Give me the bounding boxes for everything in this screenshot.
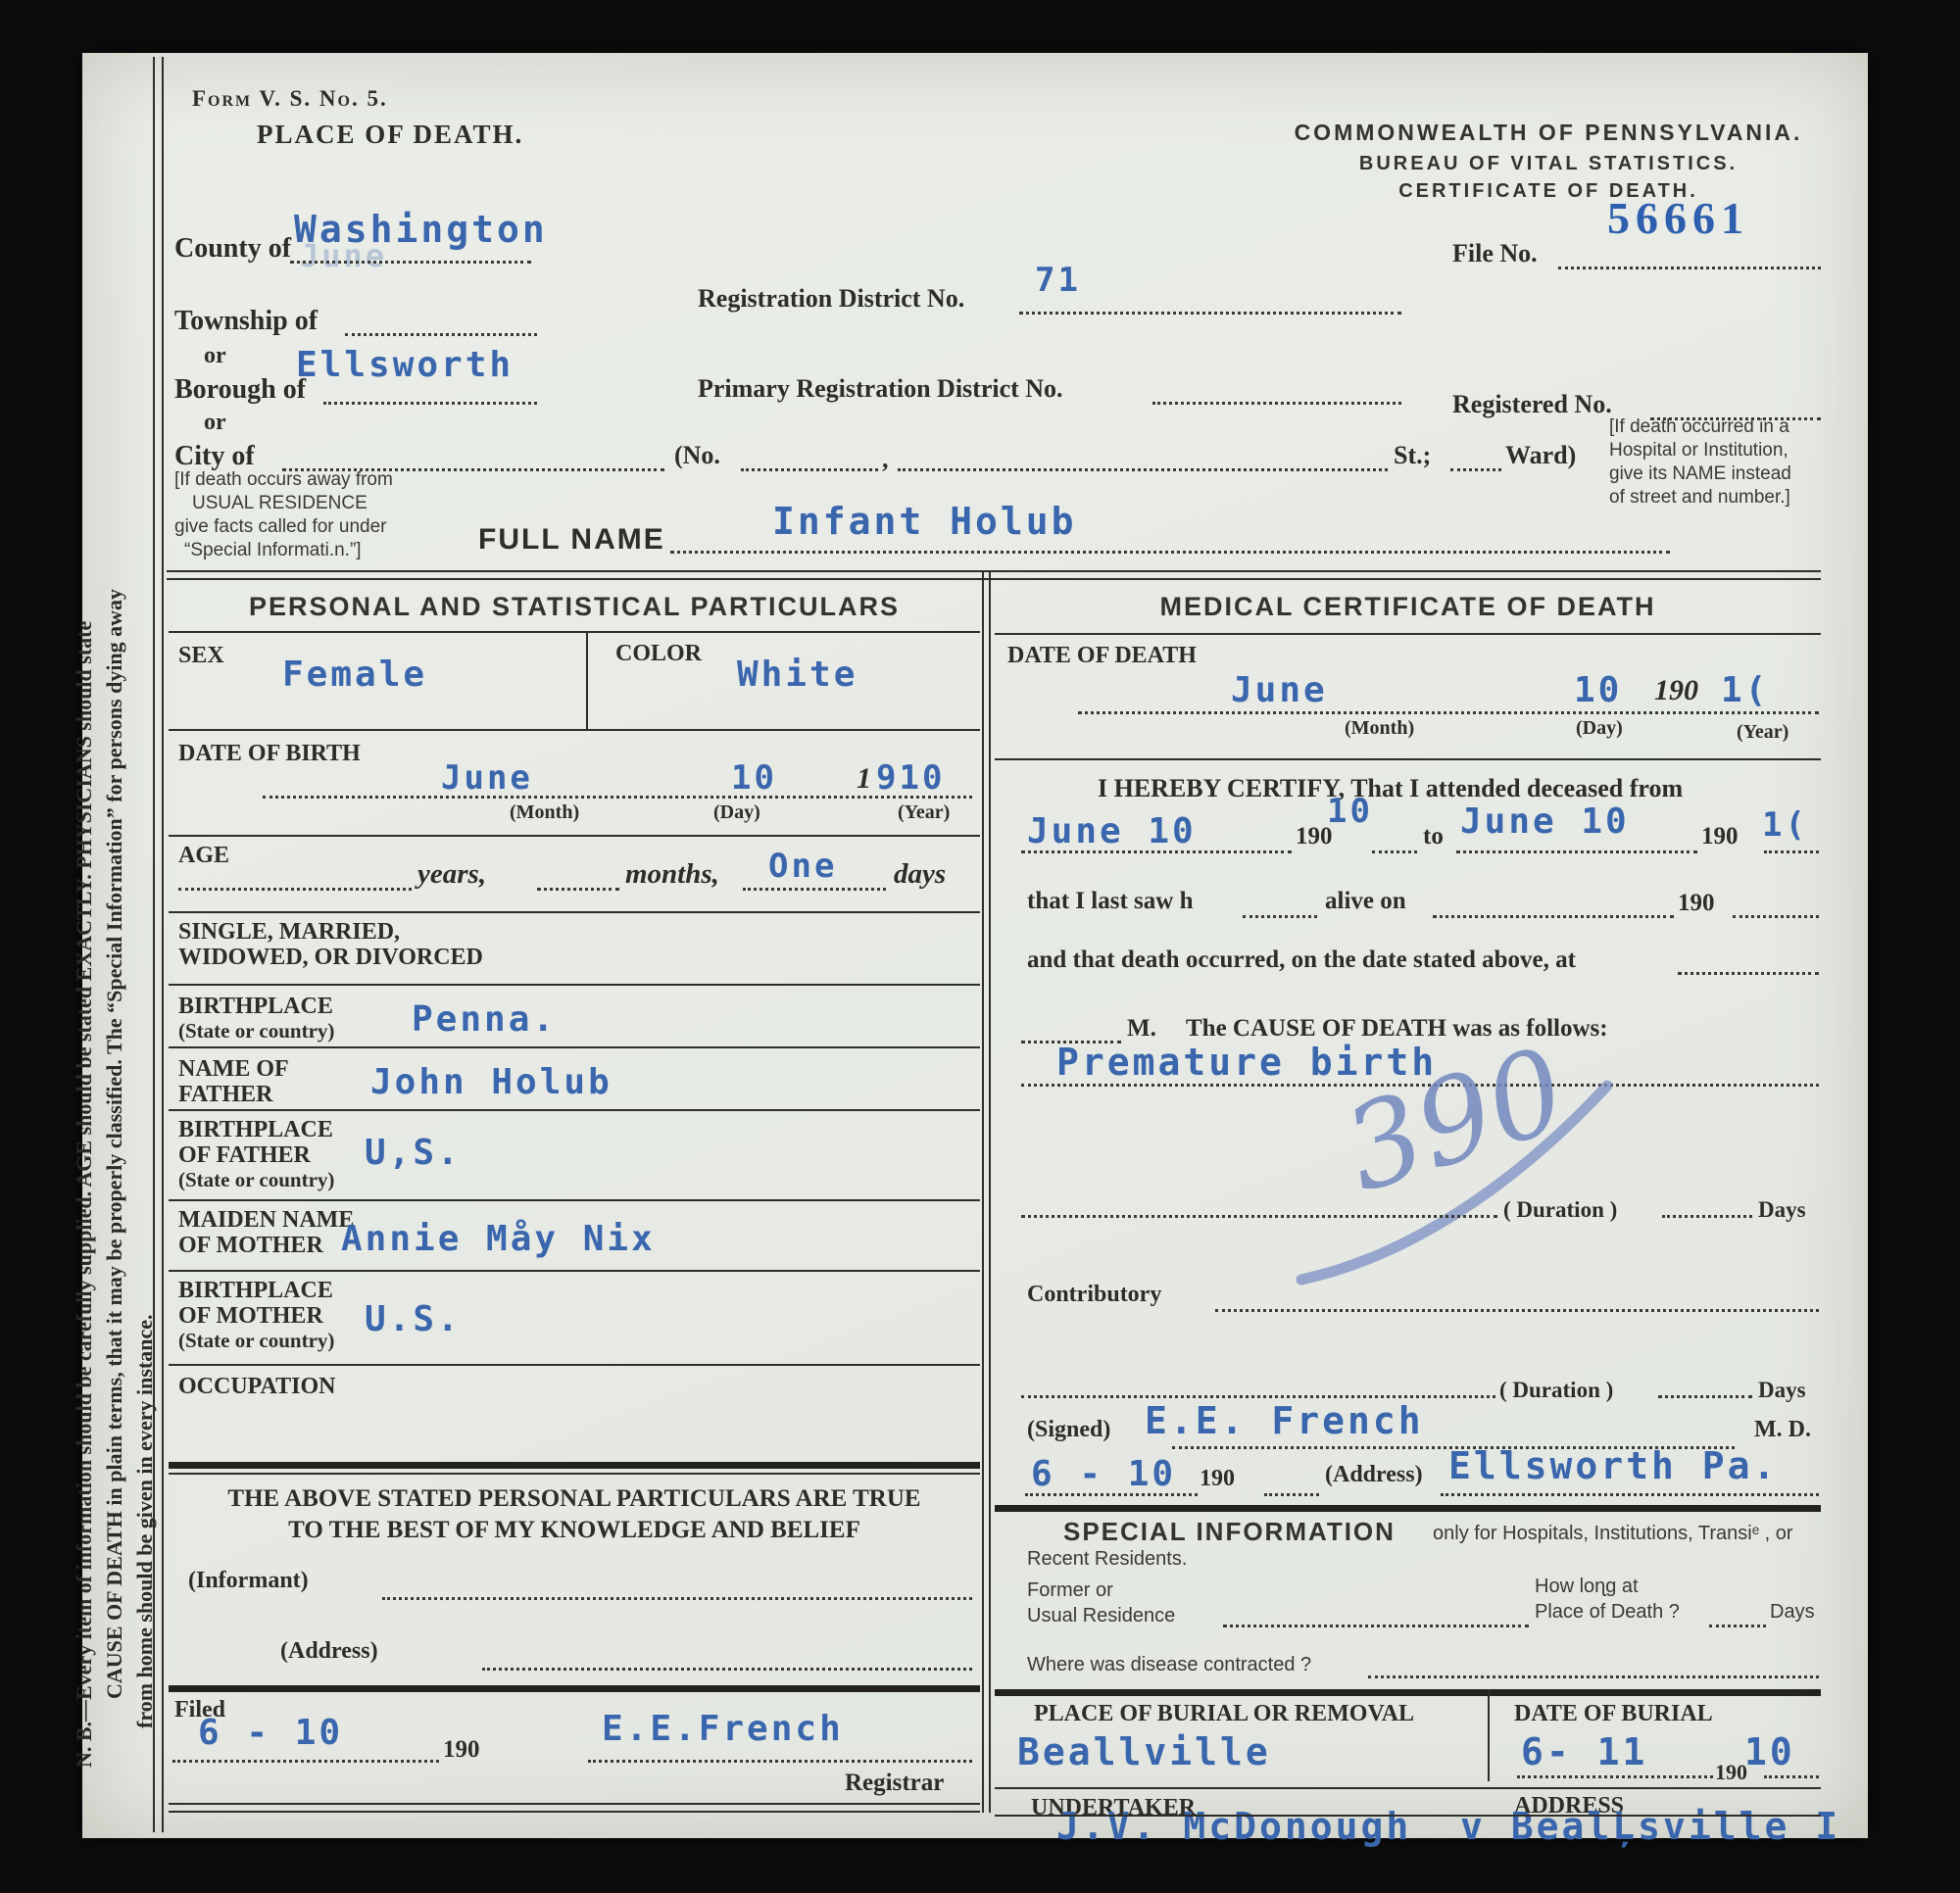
duration1-dotted-1 <box>1021 1215 1497 1218</box>
file-number-label: File No. <box>1452 239 1538 268</box>
alive-on-label: alive on <box>1325 888 1406 915</box>
registrar-label: Registrar <box>845 1770 944 1797</box>
primary-registration-dotted <box>1152 402 1401 405</box>
section-divider-bottom <box>167 578 1821 580</box>
marital-label-line1: SINGLE, MARRIED, <box>178 919 400 946</box>
medical-title-rule <box>995 633 1821 635</box>
city-dotted-3 <box>898 468 1388 471</box>
column-divider-inner <box>989 570 991 1813</box>
county-dotted-line <box>290 261 531 264</box>
city-no-label: (No. <box>674 441 720 470</box>
mother-name-value: Annie Måy Nix <box>341 1219 656 1259</box>
how-long-days-label: Days <box>1770 1601 1815 1624</box>
mother-birthplace-label2: OF MOTHER <box>178 1303 323 1330</box>
registrar-dotted <box>588 1760 972 1763</box>
last-saw-dotted-1 <box>1243 915 1317 918</box>
death-occurred-line: and that death occurred, on the date sta… <box>1027 946 1576 974</box>
undertaker-value: J.V. McDonough <box>1056 1805 1411 1848</box>
from-year-value: 10 <box>1327 792 1373 831</box>
registration-district-dotted <box>1019 312 1401 315</box>
birthplace-row-rule <box>169 1046 980 1048</box>
usual-residence-dotted <box>1223 1625 1529 1627</box>
county-value: Washington <box>294 208 548 251</box>
attended-to-dotted <box>1456 850 1697 853</box>
or-word-2: or <box>204 410 226 436</box>
right-bottom-rule <box>995 1815 1821 1817</box>
signed-year-dotted <box>1264 1493 1319 1496</box>
full-name-dotted <box>670 551 1670 554</box>
or-word-1: or <box>204 343 226 369</box>
father-row-rule <box>169 1109 980 1111</box>
filed-year-preprint: 190 <box>443 1736 480 1764</box>
burial-row-rule <box>995 1787 1821 1789</box>
filed-date-value: 6 - 10 <box>198 1713 343 1753</box>
age-years-label: years, <box>417 858 486 891</box>
burial-divider <box>1488 1689 1490 1781</box>
signed-label: (Signed) <box>1027 1417 1110 1443</box>
date-of-death-label: DATE OF DEATH <box>1007 643 1197 669</box>
color-value: White <box>737 655 857 695</box>
column-divider-outer <box>982 570 984 1813</box>
residence-note-line1: [If death occurs away from <box>174 468 393 492</box>
mother-row-rule <box>169 1270 980 1272</box>
death-month-sublabel: (Month) <box>1345 717 1414 740</box>
disease-contracted-dotted <box>1368 1675 1819 1678</box>
attestation-line1: THE ABOVE STATED PERSONAL PARTICULARS AR… <box>169 1485 980 1513</box>
death-day-value: 10 <box>1574 670 1622 710</box>
father-birthplace-label2: OF FATHER <box>178 1142 311 1169</box>
age-label: AGE <box>178 843 229 869</box>
duration1-days-label: Days <box>1758 1197 1806 1223</box>
sex-color-divider <box>586 631 588 729</box>
age-days-value: One <box>768 847 837 886</box>
certify-line: I HEREBY CERTIFY, That I attended deceas… <box>1098 774 1683 803</box>
registered-no-label: Registered No. <box>1452 390 1612 419</box>
residence-note-line3: give facts called for under <box>174 515 393 539</box>
birthplace-value: Penna. <box>412 999 557 1040</box>
birthplace-sublabel: (State or country) <box>178 1019 334 1044</box>
margin-note-line3: from home should be given in every insta… <box>129 121 160 1728</box>
township-dotted <box>345 333 537 336</box>
signed-value: E.E. French <box>1145 1399 1424 1442</box>
father-birthplace-sublabel: (State or country) <box>178 1168 334 1192</box>
city-dotted-2 <box>741 468 878 471</box>
registrar-signature-value: E.E.French <box>602 1709 844 1749</box>
last-saw-dotted-3 <box>1733 915 1819 918</box>
burial-year-preprint: 190 <box>1715 1760 1747 1785</box>
city-st-label: St.; <box>1394 441 1431 470</box>
age-dotted-3 <box>743 888 886 891</box>
father-birthplace-label1: BIRTHPLACE <box>178 1117 333 1143</box>
signed-address-value: Ellsworth Pa. <box>1448 1444 1778 1487</box>
dob-year-preprint: 1 <box>857 762 871 796</box>
signed-date-value: 6 - 10 <box>1031 1454 1176 1494</box>
age-dotted-1 <box>178 888 412 891</box>
bureau-heading: BUREAU OF VITAL STATISTICS. <box>1294 153 1803 175</box>
duration2-days-label: Days <box>1758 1378 1806 1403</box>
age-months-label: months, <box>625 858 719 891</box>
how-long-label-1: How loɳg at <box>1535 1576 1639 1598</box>
filed-dotted <box>172 1760 439 1763</box>
birthplace-label: BIRTHPLACE <box>178 994 333 1020</box>
father-birthplace-value: U,S. <box>365 1133 462 1173</box>
how-long-dotted <box>1709 1625 1766 1627</box>
duration2-dotted-2 <box>1658 1395 1752 1398</box>
marital-row-rule <box>169 984 980 986</box>
section-divider-top <box>167 570 1821 572</box>
sex-row-rule <box>169 729 980 731</box>
burial-place-label: PLACE OF BURIAL OR REMOVAL <box>1034 1701 1414 1727</box>
attended-from-dotted <box>1021 850 1292 853</box>
signed-date-dotted <box>1025 1493 1198 1496</box>
contributory-label: Contributory <box>1027 1282 1161 1308</box>
attended-to-value: June 10 <box>1460 801 1630 842</box>
dob-month-sublabel: (Month) <box>510 801 579 824</box>
occupation-thick-rule <box>169 1462 980 1469</box>
hospital-note-line4: of street and number.] <box>1609 486 1791 510</box>
duration2-dotted-1 <box>1021 1395 1495 1398</box>
to-word: to <box>1423 823 1444 850</box>
mother-label-line2: OF MOTHER <box>178 1233 323 1259</box>
dob-row-rule <box>169 835 980 837</box>
informant-label: (Informant) <box>188 1568 309 1594</box>
marital-label-line2: WIDOWED, OR DIVORCED <box>178 945 483 971</box>
burial-date-value: 6- 11 <box>1521 1730 1647 1773</box>
file-number-value: 56661 <box>1607 192 1749 244</box>
former-label: Former or <box>1027 1579 1113 1602</box>
occupation-thin-rule <box>169 1473 980 1475</box>
registration-district-value: 71 <box>1035 261 1081 300</box>
city-ward-label: Ward) <box>1505 441 1576 470</box>
to-year-value: 1( <box>1762 805 1808 845</box>
signed-address-dotted <box>1441 1493 1819 1496</box>
special-info-title: SPECIAL INFORMATION <box>1063 1517 1396 1547</box>
hospital-note-line2: Hospital or Institution, <box>1609 439 1791 462</box>
how-long-label-2: Place of Death ? <box>1535 1601 1680 1624</box>
color-label: COLOR <box>615 641 702 667</box>
registration-district-label: Registration District No. <box>698 284 964 314</box>
informant-thick-rule <box>169 1685 980 1692</box>
personal-section-title: PERSONAL AND STATISTICAL PARTICULARS <box>169 592 980 622</box>
county-label: County of <box>174 233 291 265</box>
age-row-rule <box>169 911 980 913</box>
margin-note-line1: N. B.—Every item of information should b… <box>69 121 99 1768</box>
death-year-sublabel: (Year) <box>1737 721 1788 744</box>
city-dotted-4 <box>1450 468 1501 471</box>
undertaker-address-value: v BealĻsville I <box>1460 1805 1840 1848</box>
to-year-dotted <box>1764 850 1819 853</box>
duration2-label: ( Duration ) <box>1499 1378 1613 1403</box>
mother-birthplace-row-rule <box>169 1364 980 1366</box>
father-birthplace-row-rule <box>169 1199 980 1201</box>
city-comma: , <box>882 445 889 474</box>
usual-residence-label: Usual Residence <box>1027 1605 1175 1627</box>
file-number-dotted <box>1558 267 1821 269</box>
borough-dotted <box>323 402 537 405</box>
contributory-dotted <box>1215 1309 1819 1312</box>
attended-from-value: June 10 <box>1027 811 1197 851</box>
attestation-line2: TO THE BEST OF MY KNOWLEDGE AND BELIEF <box>169 1517 980 1544</box>
township-label: Township of <box>174 306 318 337</box>
death-occurred-dotted <box>1678 972 1819 975</box>
signed-address-label: (Address) <box>1325 1462 1423 1488</box>
mother-birthplace-sublabel: (State or country) <box>178 1329 334 1353</box>
sex-label: SEX <box>178 643 224 669</box>
dob-year-value: 910 <box>876 758 945 798</box>
death-month-value: June <box>1231 670 1328 710</box>
full-name-value: Infant Holub <box>772 500 1077 543</box>
last-saw-year-preprint: 190 <box>1678 890 1715 917</box>
father-label-line2: FATHER <box>178 1082 272 1108</box>
age-dotted-2 <box>537 888 619 891</box>
special-info-thick-rule <box>995 1505 1821 1512</box>
commonwealth-heading: COMMONWEALTH OF PENNSYLVANIA. <box>1294 120 1803 146</box>
duration1-label: ( Duration ) <box>1503 1197 1617 1223</box>
form-number: Form V. S. No. 5. <box>192 86 388 112</box>
borough-label: Borough of <box>174 374 306 406</box>
sex-value: Female <box>282 655 427 695</box>
to-year-preprint: 190 <box>1701 823 1739 850</box>
full-name-label: FULL NAME <box>478 523 665 557</box>
dob-month-value: June <box>441 758 533 798</box>
death-day-sublabel: (Day) <box>1576 717 1623 740</box>
dob-dotted <box>263 796 972 799</box>
mother-birthplace-label1: BIRTHPLACE <box>178 1278 333 1304</box>
death-year-value: 1( <box>1721 670 1769 710</box>
residence-note: [If death occurs away from USUAL RESIDEN… <box>174 468 393 562</box>
dob-day-value: 10 <box>731 758 777 798</box>
m-label: M. <box>1127 1015 1156 1043</box>
burial-place-value: Beallville <box>1017 1730 1271 1773</box>
burial-date-dotted-2 <box>1764 1775 1819 1778</box>
personal-title-rule <box>169 631 980 633</box>
margin-note: N. B.—Every item of information should b… <box>69 121 163 1768</box>
burial-date-dotted-1 <box>1517 1775 1713 1778</box>
signed-year-preprint: 190 <box>1200 1466 1235 1492</box>
special-info-suffix: only for Hospitals, Institutions, Transi… <box>1433 1523 1793 1545</box>
hospital-note-line1: [If death occurred in a <box>1609 415 1791 439</box>
death-date-rule <box>995 758 1821 760</box>
hospital-note-line3: give its NAME instead <box>1609 462 1791 486</box>
recent-residents-label: Recent Residents. <box>1027 1548 1187 1571</box>
md-label: M. D. <box>1754 1417 1811 1443</box>
place-of-death-heading: PLACE OF DEATH. <box>257 120 523 150</box>
age-days-label: days <box>894 858 946 891</box>
informant-address-dotted <box>482 1668 972 1671</box>
burial-thick-rule <box>995 1689 1821 1696</box>
last-saw-dotted-2 <box>1433 915 1674 918</box>
duration1-dotted-2 <box>1662 1215 1752 1218</box>
hospital-note: [If death occurred in a Hospital or Inst… <box>1609 415 1791 510</box>
dob-label: DATE OF BIRTH <box>178 741 361 767</box>
burial-date-label: DATE OF BURIAL <box>1514 1701 1713 1727</box>
primary-registration-label: Primary Registration District No. <box>698 374 1063 404</box>
informant-address-label: (Address) <box>280 1638 378 1665</box>
mother-label-line1: MAIDEN NAME <box>178 1207 354 1234</box>
burial-year-value: 10 <box>1744 1730 1795 1773</box>
medical-section-title: MEDICAL CERTIFICATE OF DEATH <box>995 592 1821 622</box>
borough-value: Ellsworth <box>296 345 514 385</box>
death-year-preprint: 190 <box>1654 674 1698 707</box>
residence-note-line2: USUAL RESIDENCE <box>192 492 393 515</box>
dob-year-sublabel: (Year) <box>898 801 950 824</box>
left-bottom-rule-1 <box>169 1803 980 1805</box>
death-date-dotted <box>1078 711 1819 714</box>
father-label-line1: NAME OF <box>178 1056 289 1083</box>
mother-birthplace-value: U.S. <box>365 1299 462 1339</box>
last-saw-label: that I last saw h <box>1027 888 1193 915</box>
informant-dotted <box>382 1597 972 1600</box>
residence-note-line4: “Special Informati.n.”] <box>184 539 393 562</box>
margin-note-line2: CAUSE OF DEATH in plain terms, that it m… <box>99 121 129 1699</box>
from-year-dotted <box>1372 850 1417 853</box>
disease-contracted-label: Where was disease contracted ? <box>1027 1654 1311 1676</box>
scanned-death-certificate: N. B.—Every item of information should b… <box>0 0 1960 1893</box>
left-bottom-rule-2 <box>169 1811 980 1813</box>
father-name-value: John Holub <box>370 1062 612 1102</box>
dob-day-sublabel: (Day) <box>713 801 760 824</box>
occupation-label: OCCUPATION <box>178 1374 335 1400</box>
